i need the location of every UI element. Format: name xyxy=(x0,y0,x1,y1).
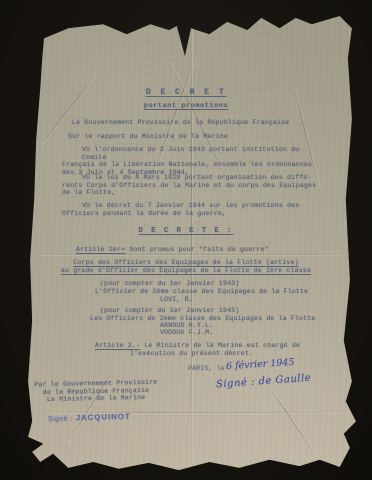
scan-background: D E C R E T portant promotions Le Gouver… xyxy=(0,0,372,480)
article-2-text-line2: l'exécution du présent décret. xyxy=(130,350,253,358)
decree-subtitle: portant promotions xyxy=(0,103,372,111)
handwritten-signature-de-gaulle: Signé : de Gaulle xyxy=(216,373,312,391)
compter-clause-1: (pour compter du 1er Janvier 1943) xyxy=(100,280,239,288)
officier-name-1: LOVI, R. xyxy=(160,296,193,304)
place-date-label: PARIS, le xyxy=(188,365,225,373)
corps-heading-line1: Corps des Officiers des Equipages de la … xyxy=(0,259,372,267)
clause-vu-ordonnance: VU l'ordonnance du 3 Juin 1943 portant i… xyxy=(62,146,318,176)
decrete-heading: D E C R E T E : xyxy=(0,228,372,236)
article-2-text-line1: Le Ministre de la Marine est chargé de xyxy=(144,342,300,349)
decree-text: D E C R E T portant promotions Le Gouver… xyxy=(0,0,372,480)
handwritten-date: 6 février 1945 xyxy=(226,357,295,372)
officier-name-3: VODOUX F.J.M. xyxy=(160,329,213,337)
line-gouvernement: Le Gouvernement Provisoire de la Républi… xyxy=(72,119,289,127)
corps-heading-line2: au grade d'Officier des Equipages de la … xyxy=(0,267,372,275)
decree-title: D E C R E T xyxy=(0,89,372,97)
clause-vu-loi: VU la loi du 4 Mars 1929 portant organis… xyxy=(62,174,320,197)
decree-title-text: D E C R E T xyxy=(146,88,226,97)
officier-intro-singulier: L'Officier de 2ème classe des Equipages … xyxy=(95,288,308,296)
stamp-signature-jacquinot: Signé : JACQUINOT xyxy=(48,412,131,424)
article-1-label: Article 1er= xyxy=(76,246,125,253)
stamp-name: JACQUINOT xyxy=(76,412,131,422)
clause-vu-decret: VU le décret du 7 Janvier 1944 sur les p… xyxy=(62,202,318,217)
article-1-text: Sont promus pour "faits de guerre" xyxy=(129,246,268,253)
article-1: Article 1er= Sont promus pour "faits de … xyxy=(76,246,269,254)
article-2-label: Article 2.- xyxy=(95,342,140,349)
left-authority-block: Par le Gouvernement Provisoire de la Rép… xyxy=(34,379,158,404)
article-2: Article 2.- Le Ministre de la Marine est… xyxy=(95,342,300,350)
compter-clause-2: (pour compter du 1er Janvier 1945) xyxy=(100,307,239,315)
line-rapport: Sur le rapport du Ministre de la Marine xyxy=(68,133,228,141)
stamp-prefix: Signé : xyxy=(48,415,73,423)
